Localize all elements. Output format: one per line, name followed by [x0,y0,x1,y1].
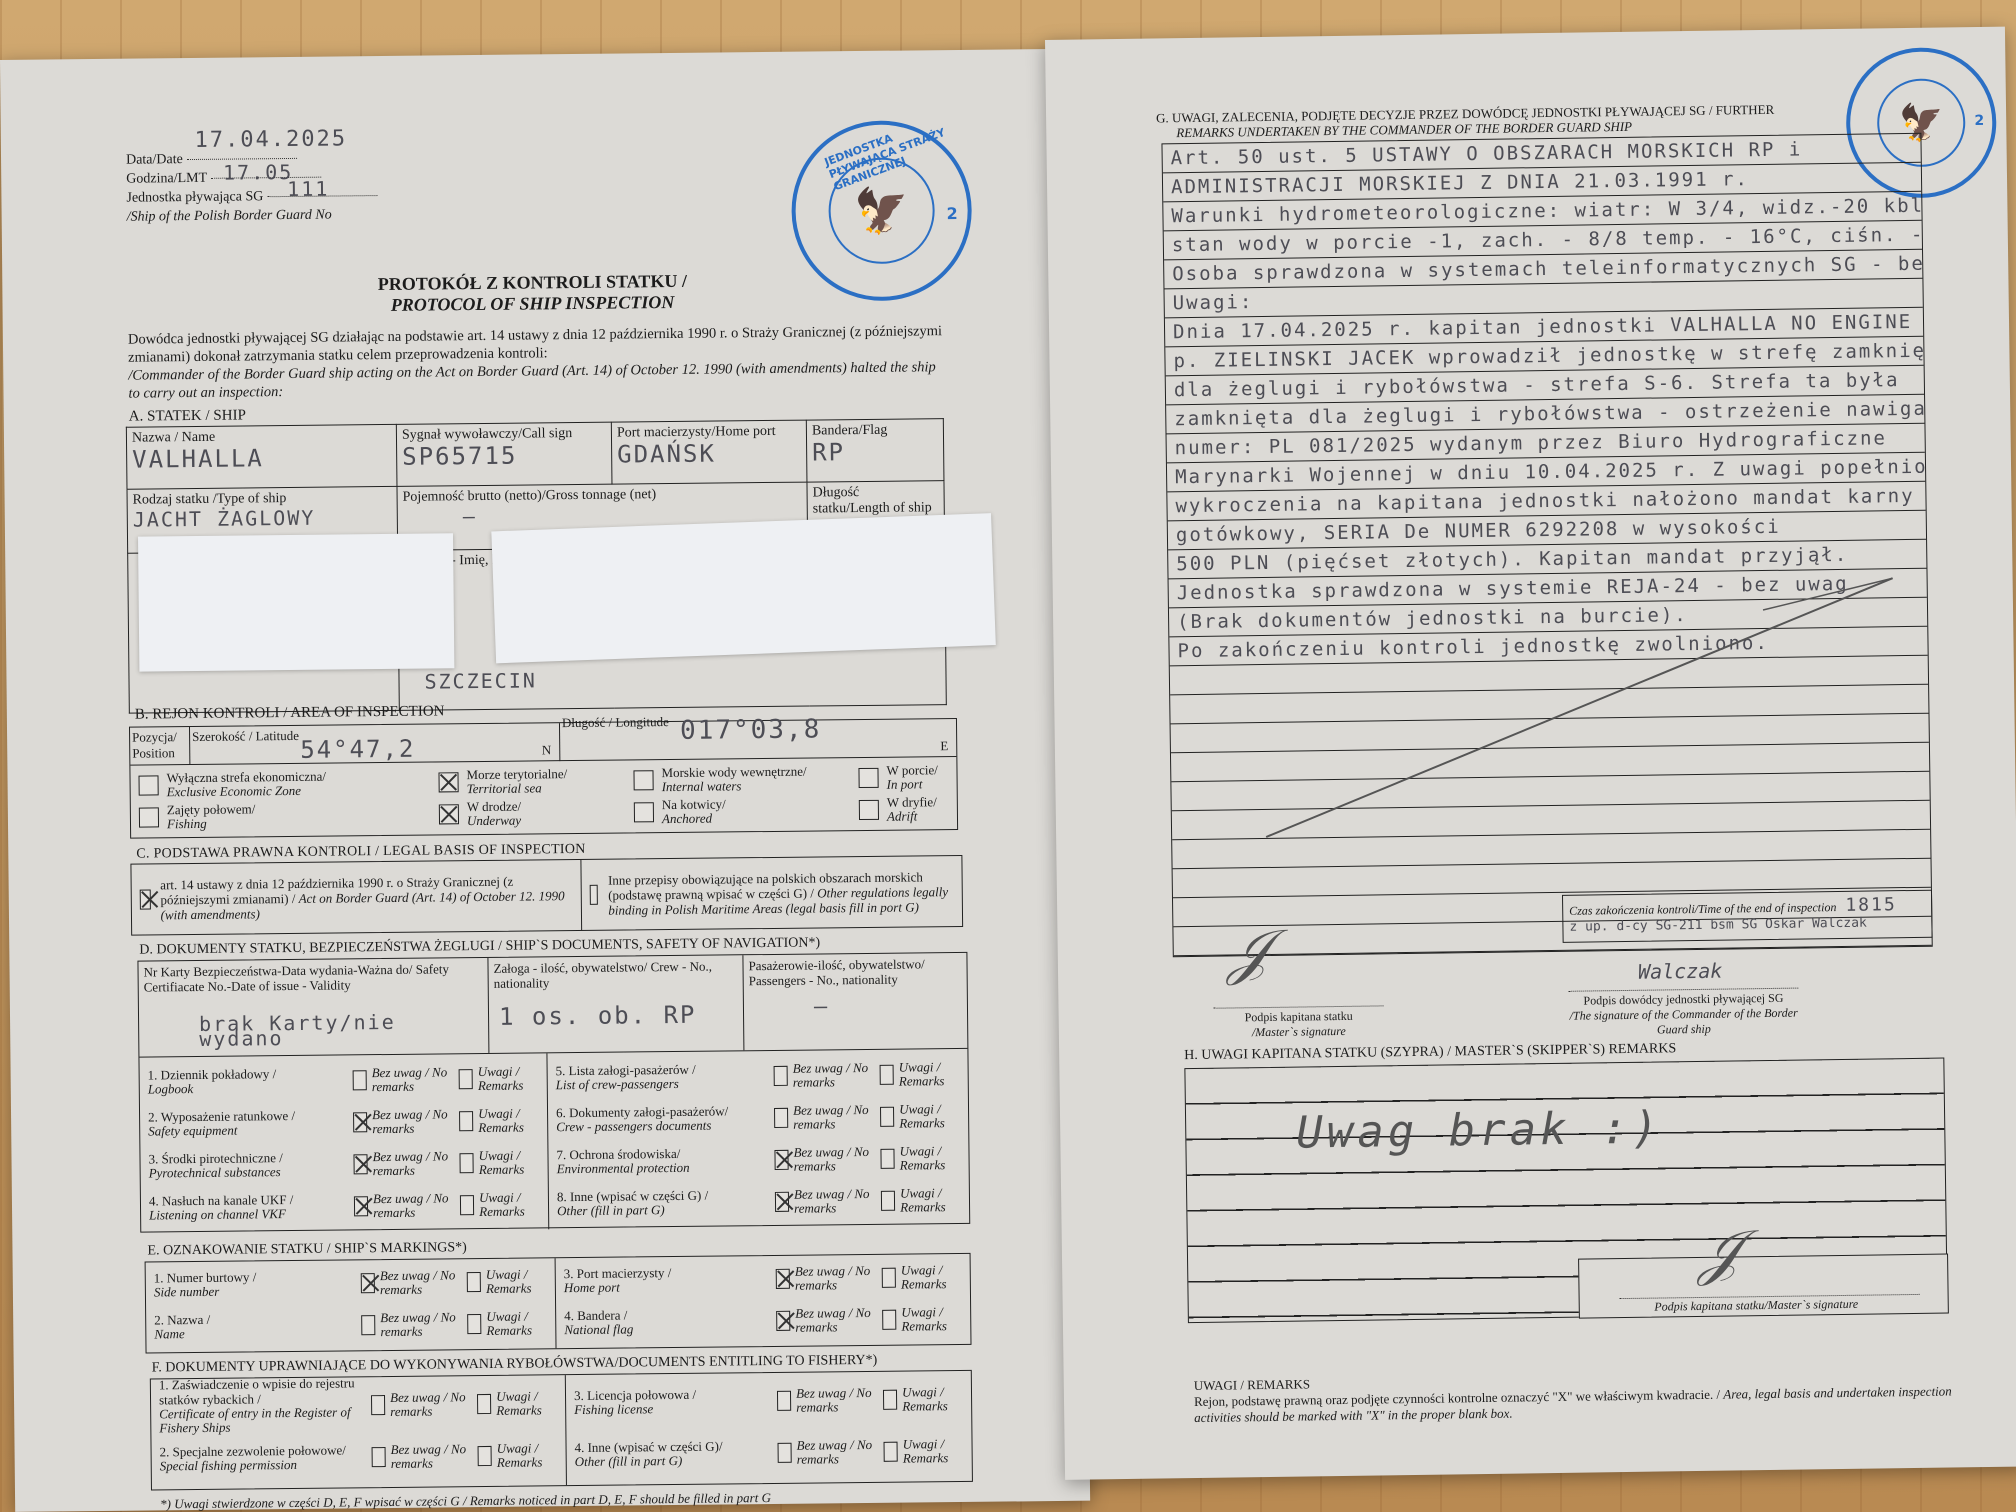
remarks-checkbox[interactable] [884,1442,898,1462]
item-label-en: Listening on channel VKF [149,1206,348,1222]
area-option-label: W drodze/Underway [467,800,522,829]
no-remarks-label: Bez uwag / No remarks [372,1107,453,1136]
area-option-label: Morze terytorialne/Territorial sea [466,767,567,796]
no-remarks-checkbox[interactable] [353,1070,367,1090]
area-option-label-en: Fishing [167,816,256,831]
remarks-checkbox[interactable] [459,1111,473,1131]
remarks-option[interactable]: Uwagi / Remarks [459,1148,539,1177]
length-label: Długość statku/Length of ship [813,484,939,518]
date-value: 17.04.2025 [195,129,348,150]
checklist-item: 7. Ochrona środowiska/Environmental prot… [556,1137,960,1183]
item-label-en: Pyrotechnical substances [149,1164,348,1180]
item-label-pl: 1. Zaświadczenie o wpisie do rejestru st… [159,1377,365,1408]
longitude-value[interactable]: 017°03,8 [680,714,822,745]
legal-basis-art14-checkbox[interactable] [140,889,151,909]
section-g-heading: G. UWAGI, ZALECENIA, PODJĘTE DECYZJE PRZ… [1156,102,1775,141]
area-box: Pozycja/ Position Szerokość / Latitude 5… [129,718,958,839]
checklist-item-label: 3. Port macierzysty /Home port [564,1265,770,1296]
item-label-en: Special fishing permission [160,1457,366,1473]
checklist-item-label: 3. Licencja połowowa /Fishing license [574,1387,771,1418]
checklist-item-label: 2. Nazwa /Name [154,1311,355,1342]
time-value: 17.05 [223,163,293,183]
no-remarks-option[interactable]: Bez uwag / No remarks [361,1310,461,1340]
no-remarks-option[interactable]: Bez uwag / No remarks [776,1264,876,1294]
checklist-item: 4. Nasłuch na kanale UKF /Listening on c… [149,1183,540,1229]
no-remarks-option[interactable]: Bez uwag / No remarks [774,1103,874,1133]
item-label-en: Logbook [148,1080,347,1096]
crew-label: Załoga - ilość, obywatelstwo/ Crew - No.… [493,959,712,991]
remarks-label: Uwagi / Remarks [497,1441,558,1470]
commander-signature: Walczak [1638,959,1723,984]
remarks-checkbox[interactable] [467,1314,481,1334]
item-label-en: Certificate of entry in the Register of … [159,1405,365,1436]
no-remarks-checkbox[interactable] [776,1269,790,1289]
remarks-option[interactable]: Uwagi / Remarks [460,1190,540,1219]
checklist-item-label: 6. Dokumenty załogi-pasażerów/Crew - pas… [556,1104,768,1135]
item-label-en: Safety equipment [148,1122,347,1138]
checklist-item: 3. Środki pirotechniczne /Pyrotechnical … [148,1141,539,1187]
remarks-label: Uwagi / Remarks [903,1437,964,1466]
item-label-en: Other (fill in part G) [575,1453,772,1469]
end-time-value[interactable]: 1815 [1845,894,1897,916]
area-option-checkbox[interactable] [139,775,159,795]
checklist-item-label: 2. Specjalne zezwolenie połowowe/Special… [160,1443,366,1474]
no-remarks-option[interactable]: Bez uwag / No remarks [353,1149,453,1179]
passengers-label: Pasażerowie-ilość, obywatelstwo/ Passeng… [748,956,924,988]
markings-col-2: 3. Port macierzysty /Home portBez uwag /… [556,1254,971,1348]
checklist-item-label: 5. Lista załogi-pasażerów /List of crew-… [556,1062,768,1093]
remarks-label: Uwagi / Remarks [899,1102,960,1131]
area-option-label: Morskie wody wewnętrzne/Internal waters [661,765,806,795]
no-remarks-option[interactable]: Bez uwag / No remarks [774,1061,874,1091]
latitude-value[interactable]: 54°47,2 [300,735,415,764]
item-label-en: Side number [154,1283,355,1299]
area-option-label: Wyłączna strefa ekonomiczna/Exclusive Ec… [166,770,326,800]
title-en: PROTOCOL OF SHIP INSPECTION [302,291,762,317]
no-remarks-label: Bez uwag / No remarks [793,1145,874,1174]
remarks-option[interactable]: Uwagi / Remarks [477,1441,557,1470]
checklist-item: 2. Nazwa /NameBez uwag / No remarksUwagi… [154,1302,547,1348]
remarks-option[interactable]: Uwagi / Remarks [882,1305,962,1334]
item-label-en: List of crew-passengers [556,1076,768,1093]
area-option[interactable]: Wyłączna strefa ekonomiczna/Exclusive Ec… [138,768,438,799]
remarks-label: Uwagi / Remarks [479,1190,540,1219]
area-option[interactable]: W porcie/In port [858,763,948,792]
remarks-option[interactable]: Uwagi / Remarks [881,1186,961,1215]
checklist-item: 5. Lista załogi-pasażerów /List of crew-… [555,1053,959,1099]
no-remarks-checkbox[interactable] [353,1112,367,1132]
lat-hemisphere: N [542,742,552,758]
no-remarks-label: Bez uwag / No remarks [795,1264,876,1293]
section-h-heading: H. UWAGI KAPITANA STATKU (SZYPRA) / MAST… [1184,1041,1676,1064]
end-time-box: Czas zakończenia kontroli/Time of the en… [1562,890,1933,943]
ship-type[interactable]: JACHT ŻAGLOWY [133,506,392,532]
remarks-label: Uwagi / Remarks [899,1060,960,1089]
remarks-option[interactable]: Uwagi / Remarks [880,1102,960,1131]
no-remarks-label: Bez uwag / No remarks [390,1390,471,1419]
no-remarks-option[interactable]: Bez uwag / No remarks [774,1145,874,1175]
cert-label: Nr Karty Bezpieczeństwa-Data wydania-Waż… [143,961,449,994]
no-remarks-checkbox[interactable] [353,1154,367,1174]
documents-col-2: 5. Lista załogi-pasażerów /List of crew-… [547,1049,969,1229]
no-remarks-label: Bez uwag / No remarks [795,1306,876,1335]
item-label-en: Other (fill in part G) [557,1202,769,1219]
item-label-en: Fishing license [574,1401,771,1417]
remarks-label: Uwagi / Remarks [478,1064,539,1093]
captain-address-fragment: SZCZECIN [404,665,940,694]
documents-box: Nr Karty Bezpieczeństwa-Data wydania-Waż… [137,952,970,1233]
no-remarks-label: Bez uwag / No remarks [796,1386,877,1415]
checklist-item-label: 1. Dziennik pokładowy /Logbook [148,1066,347,1097]
no-remarks-checkbox[interactable] [354,1196,368,1216]
item-label-en: National flag [564,1321,770,1337]
protocol-page-1: Data/Date17.04.2025 Godzina/LMT17.05 Jed… [0,49,1090,1512]
lon-hemisphere: E [940,738,948,754]
item-label-en: Crew - passengers documents [556,1118,768,1135]
no-remarks-checkbox[interactable] [775,1192,789,1212]
remarks-option[interactable]: Uwagi / Remarks [880,1060,960,1089]
remarks-label: Uwagi / Remarks [900,1186,961,1215]
remarks-option[interactable]: Uwagi / Remarks [883,1385,963,1414]
stamp-number: 2 [1974,113,1984,129]
area-option-checkbox[interactable] [139,807,159,827]
remarks-option[interactable]: Uwagi / Remarks [459,1106,539,1135]
no-remarks-label: Bez uwag / No remarks [793,1061,874,1090]
remarks-option[interactable]: Uwagi / Remarks [459,1064,539,1093]
checklist-item: 1. Numer burtowy /Side numberBez uwag / … [154,1260,547,1306]
remarks-checkbox[interactable] [880,1107,894,1127]
checklist-item-label: 4. Nasłuch na kanale UKF /Listening on c… [149,1192,348,1223]
area-option[interactable]: Morskie wody wewnętrzne/Internal waters [633,764,858,794]
redaction-paper [138,533,454,671]
header-fields: Data/Date17.04.2025 Godzina/LMT17.05 Jed… [126,148,378,227]
remarks-option[interactable]: Uwagi / Remarks [467,1309,547,1338]
area-option-checkbox[interactable] [859,800,879,820]
no-remarks-label: Bez uwag / No remarks [372,1065,453,1094]
remarks-label: Uwagi / Remarks [901,1305,962,1334]
checklist-item-label: 7. Ochrona środowiska/Environmental prot… [556,1146,768,1177]
documents-col-1: 1. Dziennik pokładowy /LogbookBez uwag /… [139,1053,549,1233]
item-label-en: Name [154,1325,355,1341]
area-option-label: Zajęty połowem/Fishing [167,802,256,831]
home-port[interactable]: GDAŃSK [617,440,801,470]
area-option-checkbox[interactable] [438,772,458,792]
checklist-item: 2. Specjalne zezwolenie połowowe/Special… [159,1429,558,1485]
no-remarks-label: Bez uwag / No remarks [793,1103,874,1132]
fishery-col-1: 1. Zaświadczenie o wpisie do rejestru st… [151,1375,567,1489]
remarks-label: Uwagi / Remarks [479,1148,540,1177]
no-remarks-checkbox[interactable] [774,1150,788,1170]
ship-name[interactable]: VALHALLA [132,444,391,474]
no-remarks-option[interactable]: Bez uwag / No remarks [777,1386,877,1416]
no-remarks-label: Bez uwag / No remarks [373,1191,454,1220]
checklist-item-label: 1. Zaświadczenie o wpisie do rejestru st… [159,1377,366,1436]
remarks-option[interactable]: Uwagi / Remarks [883,1437,963,1466]
checklist-item-label: 8. Inne (wpisać w części G) /Other (fill… [557,1188,769,1219]
item-label-en: Environmental protection [557,1160,769,1177]
checklist-item-label: 4. Inne (wpisać w części G)/Other (fill … [574,1439,771,1470]
checklist-item: 3. Licencja połowowa /Fishing licenseBez… [574,1373,964,1429]
remarks-label: Uwagi / Remarks [901,1263,962,1292]
unit-label: Jednostka pływająca SG [126,187,263,207]
time-label: Godzina/LMT [126,169,207,189]
area-option-label: Na kotwicy/Anchored [662,797,726,826]
area-option[interactable]: W drodze/Underway [439,798,634,828]
area-options: Wyłączna strefa ekonomiczna/Exclusive Ec… [138,763,954,832]
no-remarks-label: Bez uwag / No remarks [380,1268,461,1297]
remarks-option[interactable]: Uwagi / Remarks [880,1144,960,1173]
checklist-item: 4. Inne (wpisać w części G)/Other (fill … [574,1425,964,1481]
no-remarks-option[interactable]: Bez uwag / No remarks [353,1107,453,1137]
area-option-label-en: Anchored [662,811,726,826]
no-remarks-label: Bez uwag / No remarks [372,1149,453,1178]
area-option-label-en: In port [887,777,939,792]
section-e-heading: E. OZNAKOWANIE STATKU / SHIP`S MARKINGS*… [147,1240,466,1259]
no-remarks-option[interactable]: Bez uwag / No remarks [354,1191,454,1221]
section-a-heading: A. STATEK / SHIP [129,407,246,425]
remarks-checkbox[interactable] [459,1069,473,1089]
remarks-option[interactable]: Uwagi / Remarks [882,1263,962,1292]
area-option-label: W porcie/In port [886,763,938,792]
remarks-checkbox[interactable] [477,1394,491,1414]
checklist-item: 1. Dziennik pokładowy /LogbookBez uwag /… [147,1057,538,1103]
no-remarks-option[interactable]: Bez uwag / No remarks [775,1187,875,1217]
area-option[interactable]: Na kotwicy/Anchored [634,796,859,826]
master-signature-h: 𝒥 [1698,1217,1740,1288]
legal-basis-other-checkbox[interactable] [590,885,599,905]
remarks-checkbox[interactable] [882,1268,896,1288]
no-remarks-label: Bez uwag / No remarks [380,1310,461,1339]
no-remarks-checkbox[interactable] [371,1395,385,1415]
area-option-label-pl: Zajęty połowem/ [167,802,256,817]
no-remarks-label: Bez uwag / No remarks [391,1442,472,1471]
redaction-paper [491,513,996,663]
date-label: Data/Date [126,150,183,170]
remarks-option[interactable]: Uwagi / Remarks [477,1389,557,1418]
longitude-label: Długość / Longitude [562,714,669,730]
remarks-checkbox[interactable] [882,1310,896,1330]
remarks-option[interactable]: Uwagi / Remarks [467,1267,547,1296]
no-remarks-option[interactable]: Bez uwag / No remarks [777,1438,877,1468]
call-sign[interactable]: SP65715 [402,442,606,472]
item-label-en: Home port [564,1279,770,1295]
remarks-checkbox[interactable] [459,1153,473,1173]
area-option-checkbox[interactable] [633,770,653,790]
latitude-label: Szerokość / Latitude [192,728,299,744]
no-remarks-option[interactable]: Bez uwag / No remarks [371,1390,471,1420]
master-sig-label-h: Podpis kapitana statku/Master`s signatur… [1654,1296,1858,1314]
area-option[interactable]: Morze terytorialne/Territorial sea [438,766,633,796]
footnote: *) Uwagi stwierdzone w części D, E, F wp… [160,1490,771,1512]
strikethrough-line [1203,568,1907,858]
unit-label-en: /Ship of the Polish Border Guard No [127,205,378,227]
area-option-label: W dryfie/Adrift [887,795,937,824]
remarks-checkbox[interactable] [880,1065,894,1085]
remarks-label: Uwagi / Remarks [496,1389,557,1418]
intro-en: /Commander of the Border Guard ship acti… [128,358,948,403]
no-remarks-checkbox[interactable] [361,1273,375,1293]
no-remarks-checkbox[interactable] [372,1447,386,1467]
no-remarks-option[interactable]: Bez uwag / No remarks [372,1442,472,1472]
end-time-label: Czas zakończenia kontroli/Time of the en… [1569,900,1836,918]
area-option[interactable]: W dryfie/Adrift [859,795,949,824]
remarks-label: Uwagi / Remarks [900,1144,961,1173]
commander-note: z up. d-cy SG-211 bsm SG Oskar Walczak [1569,915,1925,935]
area-option-checkbox[interactable] [439,804,459,824]
passengers-value[interactable]: — [814,999,829,1014]
remarks-label: Uwagi / Remarks [902,1385,963,1414]
checklist-item: 3. Port macierzysty /Home portBez uwag /… [564,1256,962,1302]
no-remarks-option[interactable]: Bez uwag / No remarks [776,1306,876,1336]
safety-certificate-value[interactable]: brak Karty/nie wydano [199,1014,488,1047]
checklist-item: 6. Dokumenty załogi-pasażerów/Crew - pas… [556,1095,960,1141]
master-remarks-value: Uwag brak :) [1296,1102,1663,1158]
checklist-item-label: 1. Numer burtowy /Side number [154,1269,355,1300]
area-option-label-en: Territorial sea [467,781,568,796]
master-sig-label-en: /Master`s signature [1214,1023,1384,1040]
area-option-label-en: Underway [467,814,521,829]
checklist-item: 4. Bandera /National flagBez uwag / No r… [564,1298,962,1344]
area-option-label-en: Exclusive Economic Zone [167,784,327,800]
no-remarks-checkbox[interactable] [774,1066,788,1086]
no-remarks-checkbox[interactable] [778,1443,792,1463]
area-option[interactable]: Zajęty połowem/Fishing [139,800,439,831]
commander-sig-label-en: /The signature of the Commander of the B… [1569,1006,1799,1039]
remarks-checkbox[interactable] [460,1195,474,1215]
no-remarks-checkbox[interactable] [776,1311,790,1331]
no-remarks-label: Bez uwag / No remarks [794,1187,875,1216]
page-title: PROTOKÓŁ Z KONTROLI STATKU / PROTOCOL OF… [302,270,762,317]
no-remarks-option[interactable]: Bez uwag / No remarks [353,1065,453,1095]
stamp-number: 2 [946,204,957,223]
legal-basis-box: art. 14 ustawy z dnia 12 października 19… [130,855,963,936]
commander-signature-label: Podpis dowódcy jednostki pływającej SG /… [1568,988,1799,1039]
border-guard-stamp: 🦅 JEDNOSTKA PŁYWAJĄCA STRAŻY GRANICZNEJ … [791,120,973,302]
checklist-item-label: 2. Wyposażenie ratunkowe /Safety equipme… [148,1108,347,1139]
remarks-checkbox[interactable] [467,1272,481,1292]
area-option-label-en: Internal waters [662,779,807,795]
area-option-checkbox[interactable] [858,768,878,788]
protocol-page-2: 🦅 2 G. UWAGI, ZALECENIA, PODJĘTE DECYZJE… [1045,27,2016,1480]
intro-text: Dowódca jednostki pływającej SG działają… [128,322,949,403]
no-remarks-checkbox[interactable] [777,1391,791,1411]
markings-box: 1. Numer burtowy /Side numberBez uwag / … [145,1253,972,1354]
no-remarks-checkbox[interactable] [774,1108,788,1128]
checklist-item: 1. Zaświadczenie o wpisie do rejestru st… [159,1377,558,1433]
checklist-item: 2. Wyposażenie ratunkowe /Safety equipme… [148,1099,539,1145]
remarks-checkbox[interactable] [880,1149,894,1169]
no-remarks-option[interactable]: Bez uwag / No remarks [361,1268,461,1298]
remarks-checkbox[interactable] [883,1390,897,1410]
crew-value[interactable]: 1 os. ob. RP [499,1008,697,1025]
section-b-heading: B. REJON KONTROLI / AREA OF INSPECTION [135,703,445,723]
area-option-label-en: Adrift [887,809,937,824]
footer-remarks: UWAGI / REMARKS Rejon, podstawę prawną o… [1194,1367,1965,1426]
no-remarks-checkbox[interactable] [361,1315,375,1335]
fishery-box: 1. Zaświadczenie o wpisie do rejestru st… [150,1370,973,1491]
master-signature-label: Podpis kapitana statku /Master`s signatu… [1214,1005,1384,1040]
position-label: Pozycja/ Position [130,727,190,766]
checklist-item: 8. Inne (wpisać w części G) /Other (fill… [557,1179,961,1225]
master-signature: 𝒥 [1227,917,1269,988]
markings-col-1: 1. Numer burtowy /Side numberBez uwag / … [146,1258,557,1352]
remarks-label: Uwagi / Remarks [478,1106,539,1135]
fishery-col-2: 3. Licencja połowowa /Fishing licenseBez… [566,1371,972,1485]
checklist-item-label: 3. Środki pirotechniczne /Pyrotechnical … [148,1150,347,1181]
remarks-label: Uwagi / Remarks [486,1267,547,1296]
area-option-checkbox[interactable] [634,802,654,822]
checklist-item-label: 4. Bandera /National flag [564,1307,770,1338]
flag-label: Bandera/Flag [812,422,938,439]
master-remarks-box[interactable]: Uwag brak :) Podpis kapitana statku/Mast… [1184,1058,1947,1324]
remarks-checkbox[interactable] [881,1191,895,1211]
flag[interactable]: RP [812,438,938,467]
remarks-label: Uwagi / Remarks [486,1309,547,1338]
unit-value: 111 [287,180,329,199]
no-remarks-label: Bez uwag / No remarks [797,1438,878,1467]
remarks-checkbox[interactable] [478,1446,492,1466]
